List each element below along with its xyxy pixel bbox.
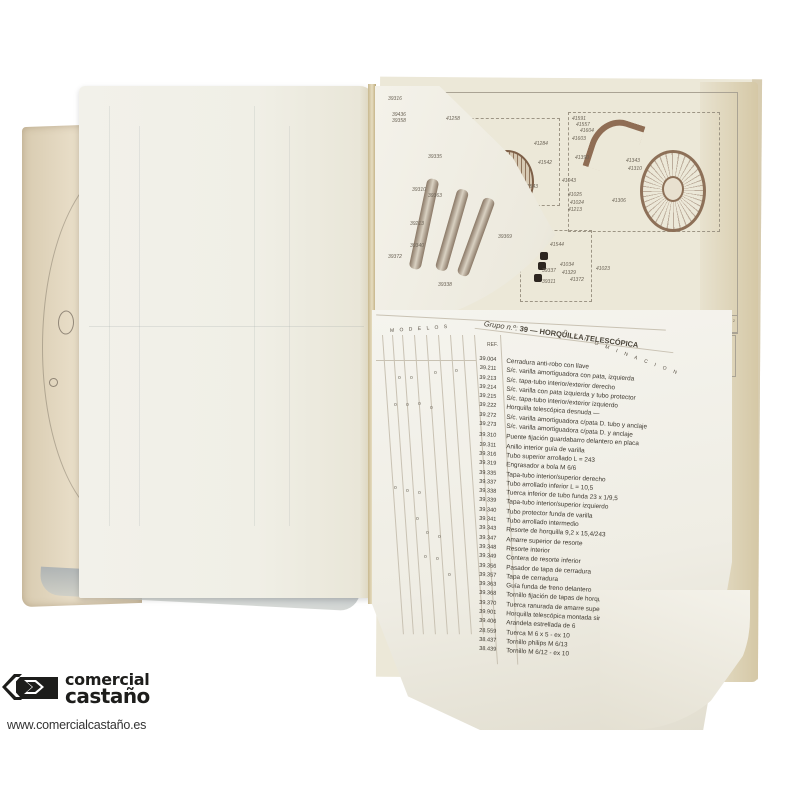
part-label: 41213 [568,207,582,213]
brand-logo: comercial castaño [2,669,202,705]
part-label: 41034 [560,262,574,268]
fork-cap-illustration [540,252,548,260]
part-label: 41306 [612,198,626,204]
model-mark: o [398,375,401,381]
model-mark: o [455,368,458,374]
model-mark: o [406,402,409,408]
left-page-blank [79,86,374,598]
sheet-page: 2 [733,318,735,323]
model-mark: o [448,572,451,578]
group-number: 39 [519,324,529,334]
part-label: 39316 [388,96,402,102]
bleed-through-line [89,326,364,327]
model-mark: o [394,402,397,408]
bleed-through-line [254,106,255,526]
part-label: 41258 [446,116,460,122]
part-label: 39335 [428,154,442,160]
part-label: 39372 [388,254,402,260]
part-label: 41343 [626,158,640,164]
model-mark: o [424,554,427,560]
part-label: 39340 [410,243,424,249]
part-label: 41604 [580,128,594,134]
part-label: 41023 [596,266,610,272]
part-label: 41024 [570,200,584,206]
model-mark: o [406,488,409,494]
part-label: 39213 [410,221,424,227]
model-mark: o [418,401,421,407]
part-label: 41043 [562,178,576,184]
part-label: 41025 [568,192,582,198]
product-photo: 41591 41557 41604 41603 41390 41343 4131… [0,0,800,800]
part-label: 39337 [542,268,556,274]
model-mark: o [436,556,439,562]
bleed-through-line [109,106,110,526]
wheel-hub-illustration [662,176,684,202]
model-mark: o [416,516,419,522]
model-mark: o [434,370,437,376]
page-curl-corner [600,590,750,730]
part-label: 41390 [575,155,589,161]
part-label: 39358 [392,118,406,124]
part-label: 41603 [572,136,586,142]
part-label: 39311 [542,279,556,285]
table-rule [376,360,476,361]
part-label: 39310 [412,187,426,193]
brand-chevron-icon [2,672,58,702]
ref-header: REF. [487,342,498,348]
part-label: 39338 [438,282,452,288]
model-mark: o [430,405,433,411]
part-label: 39369 [498,234,512,240]
model-mark: o [418,490,421,496]
model-mark: o [438,534,441,540]
part-label: 41329 [562,270,576,276]
part-label: 41310 [628,166,642,172]
brand-name-line2: castaño [65,684,150,708]
part-label: 39363 [428,193,442,199]
part-label: 41284 [534,141,548,147]
model-mark: o [394,485,397,491]
model-mark: o [410,375,413,381]
model-mark: o [426,530,429,536]
part-label: 41542 [538,160,552,166]
part-label: 41372 [570,277,584,283]
fork-cap-illustration [534,274,542,282]
website-link[interactable]: www.comercialcastaño.es [7,718,146,732]
part-label: 41544 [550,242,564,248]
